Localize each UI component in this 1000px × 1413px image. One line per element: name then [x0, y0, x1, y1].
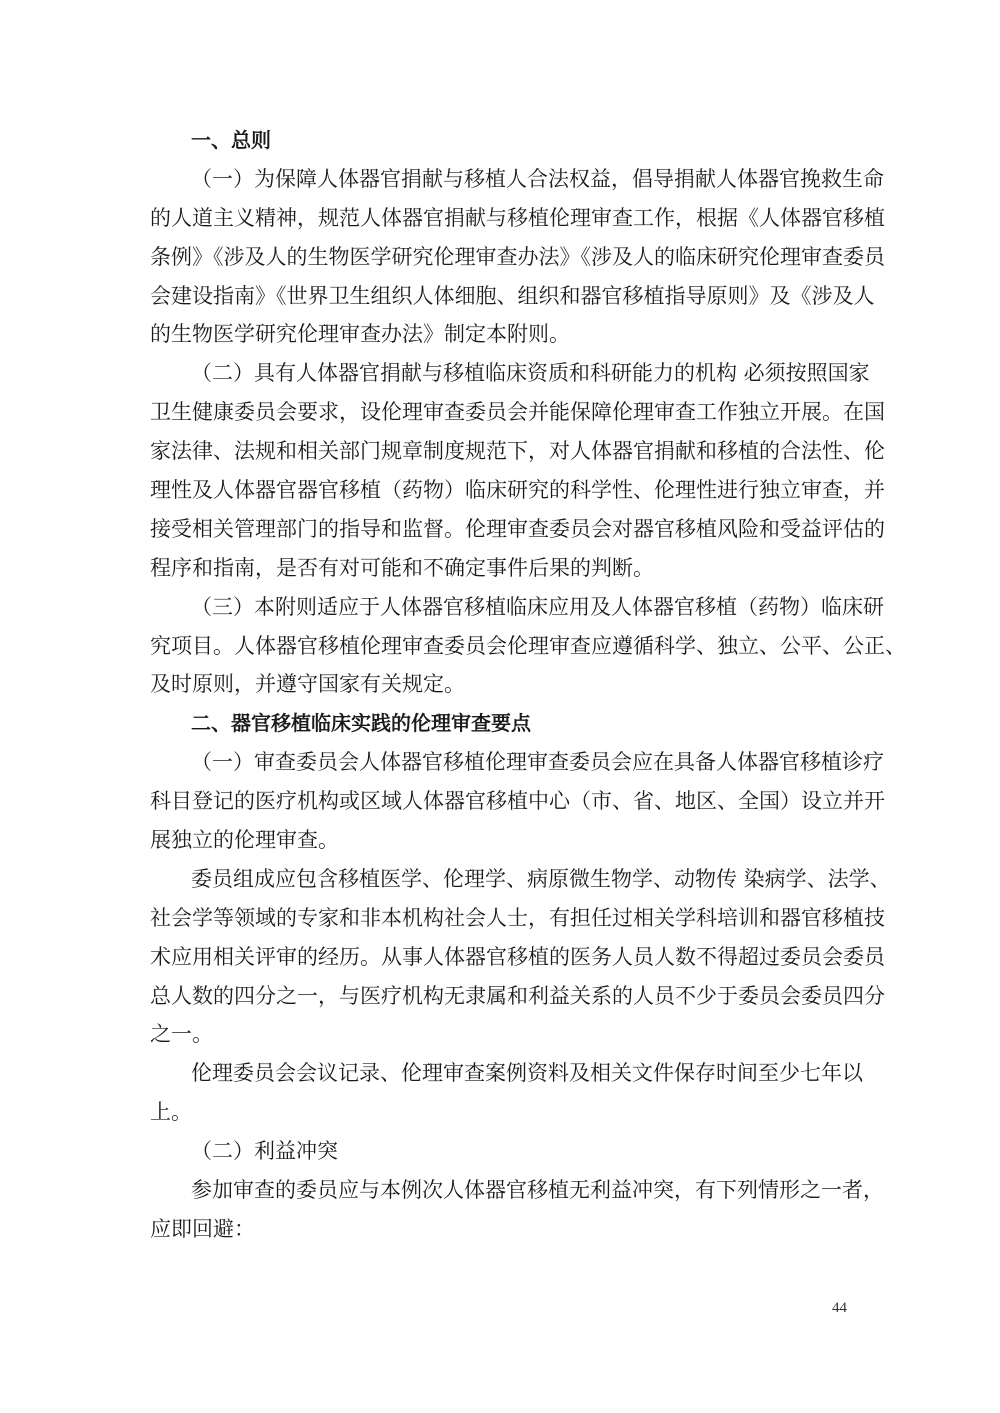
paragraph-line: 上。 — [150, 1093, 850, 1132]
paragraph-line: （一）审查委员会人体器官移植伦理审查委员会应在具备人体器官移植诊疗 — [150, 743, 850, 782]
paragraph-line: 条例》《涉及人的生物医学研究伦理审查办法》《涉及人的临床研究伦理审查委员 — [150, 238, 850, 277]
paragraph-line: 的生物医学研究伦理审查办法》制定本附则。 — [150, 315, 850, 354]
paragraph-line: 术应用相关评审的经历。从事人体器官移植的医务人员人数不得超过委员会委员 — [150, 938, 850, 977]
paragraph-line: 伦理委员会会议记录、伦理审查案例资料及相关文件保存时间至少七年以 — [150, 1054, 850, 1093]
paragraph-line: 展独立的伦理审查。 — [150, 821, 850, 860]
paragraph-line: 家法律、法规和相关部门规章制度规范下，对人体器官捐献和移植的合法性、伦 — [150, 432, 850, 471]
paragraph-line: 究项目。人体器官移植伦理审查委员会伦理审查应遵循科学、独立、公平、公正、 — [150, 627, 850, 666]
paragraph-line: 委员组成应包含移植医学、伦理学、病原微生物学、动物传 染病学、法学、 — [150, 860, 850, 899]
paragraph-line: 社会学等领域的专家和非本机构社会人士，有担任过相关学科培训和器官移植技 — [150, 899, 850, 938]
paragraph-line: 科目登记的医疗机构或区域人体器官移植中心（市、省、地区、全国）设立并开 — [150, 782, 850, 821]
paragraph-line: 及时原则，并遵守国家有关规定。 — [150, 665, 850, 704]
document-page: 一、总则 （一）为保障人体器官捐献与移植人合法权益，倡导捐献人体器官挽救生命 的… — [150, 121, 850, 1249]
paragraph-line: 接受相关管理部门的指导和监督。伦理审查委员会对器官移植风险和受益评估的 — [150, 510, 850, 549]
paragraph-line: 卫生健康委员会要求，设伦理审查委员会并能保障伦理审查工作独立开展。在国 — [150, 393, 850, 432]
paragraph-line: 程序和指南，是否有对可能和不确定事件后果的判断。 — [150, 549, 850, 588]
paragraph-line: （一）为保障人体器官捐献与移植人合法权益，倡导捐献人体器官挽救生命 — [150, 160, 850, 199]
paragraph-line: 之一。 — [150, 1015, 850, 1054]
paragraph-line: 总人数的四分之一，与医疗机构无隶属和利益关系的人员不少于委员会委员四分 — [150, 977, 850, 1016]
section-heading-review-points: 二、器官移植临床实践的伦理审查要点 — [150, 704, 850, 743]
paragraph-line: 理性及人体器官器官移植（药物）临床研究的科学性、伦理性进行独立审查，并 — [150, 471, 850, 510]
section-heading-general: 一、总则 — [150, 121, 850, 160]
paragraph-line: 应即回避： — [150, 1210, 850, 1249]
paragraph-line: （三）本附则适应于人体器官移植临床应用及人体器官移植（药物）临床研 — [150, 588, 850, 627]
page-number: 44 — [832, 1300, 847, 1317]
paragraph-line: 会建设指南》《世界卫生组织人体细胞、组织和器官移植指导原则》及《涉及人 — [150, 277, 850, 316]
paragraph-line: （二）具有人体器官捐献与移植临床资质和科研能力的机构 必须按照国家 — [150, 354, 850, 393]
subsection-heading-conflict-of-interest: （二）利益冲突 — [150, 1132, 850, 1171]
paragraph-line: 参加审查的委员应与本例次人体器官移植无利益冲突，有下列情形之一者， — [150, 1171, 850, 1210]
paragraph-line: 的人道主义精神，规范人体器官捐献与移植伦理审查工作，根据《人体器官移植 — [150, 199, 850, 238]
